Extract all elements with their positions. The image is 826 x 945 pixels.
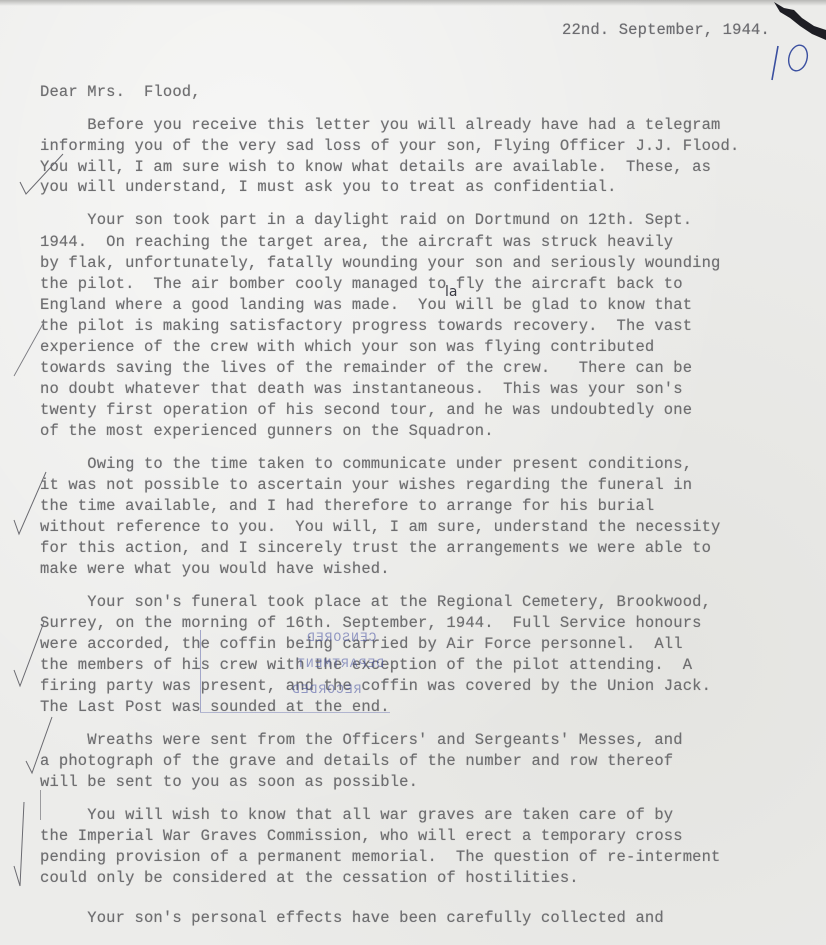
body-line: will be sent to you as soon as possible.	[40, 772, 418, 792]
body-line: Your son took part in a daylight raid on…	[40, 210, 692, 230]
body-line: Wreaths were sent from the Officers' and…	[40, 730, 683, 750]
body-line: could only be considered at the cessatio…	[40, 868, 579, 888]
body-line: the time available, and I had therefore …	[40, 496, 654, 516]
check-mark-icon	[10, 320, 50, 380]
body-line: the pilot is making satisfactory progres…	[40, 316, 692, 336]
handwritten-correction: la	[445, 284, 457, 300]
check-mark-icon	[10, 800, 50, 890]
body-line: You will wish to know that all war grave…	[40, 805, 673, 825]
body-line: it was not possible to ascertain your wi…	[40, 475, 692, 495]
check-mark-icon	[18, 150, 68, 200]
margin-mark	[40, 790, 41, 820]
body-line: you will understand, I must ask you to t…	[40, 177, 617, 197]
body-line: firing party was present, and the coffin…	[40, 676, 711, 696]
body-line: Your son's funeral took place at the Reg…	[40, 592, 711, 612]
body-line: Surrey, on the morning of 16th. Septembe…	[40, 613, 702, 633]
body-line: without reference to you. You will, I am…	[40, 517, 721, 537]
body-line: a photograph of the grave and details of…	[40, 751, 673, 771]
body-line: by flak, unfortunately, fatally wounding…	[40, 253, 721, 273]
body-line: You will, I am sure wish to know what de…	[40, 157, 711, 177]
body-line: pending provision of a permanent memoria…	[40, 847, 721, 867]
body-line: of the most experienced gunners on the S…	[40, 421, 494, 441]
body-line: Owing to the time taken to communicate u…	[40, 454, 692, 474]
torn-corner-icon	[766, 0, 826, 40]
body-line: the Imperial War Graves Commission, who …	[40, 826, 683, 846]
body-line: Your son's personal effects have been ca…	[40, 908, 664, 928]
scan-edge-shadow	[0, 0, 826, 6]
body-line: Before you receive this letter you will …	[40, 115, 721, 135]
body-line: experience of the crew with which your s…	[40, 337, 654, 357]
body-line: informing you of the very sad loss of yo…	[40, 136, 739, 156]
body-line: make were what you would have wished.	[40, 559, 390, 579]
body-line: 1944. On reaching the target area, the a…	[40, 232, 673, 252]
check-mark-icon	[22, 715, 62, 785]
body-line: were accorded, the coffin being carried …	[40, 634, 683, 654]
body-line: twenty first operation of his second tou…	[40, 400, 692, 420]
body-line: for this action, and I sincerely trust t…	[40, 538, 711, 558]
check-mark-icon	[10, 620, 50, 690]
salutation: Dear Mrs. Flood,	[40, 82, 201, 102]
body-line: the members of his crew with the excepti…	[40, 655, 692, 675]
body-line: England where a good landing was made. Y…	[40, 295, 692, 315]
letter-page: 22nd. September, 1944. Dear Mrs. Flood, …	[0, 0, 826, 945]
body-line: towards saving the lives of the remainde…	[40, 358, 692, 378]
handwritten-page-number	[768, 40, 818, 82]
body-line: The Last Post was sounded at the end.	[40, 697, 390, 717]
check-mark-icon	[10, 470, 50, 540]
body-line: the pilot. The air bomber cooly managed …	[40, 274, 683, 294]
letter-date: 22nd. September, 1944.	[562, 20, 770, 40]
body-line: no doubt whatever that death was instant…	[40, 379, 683, 399]
